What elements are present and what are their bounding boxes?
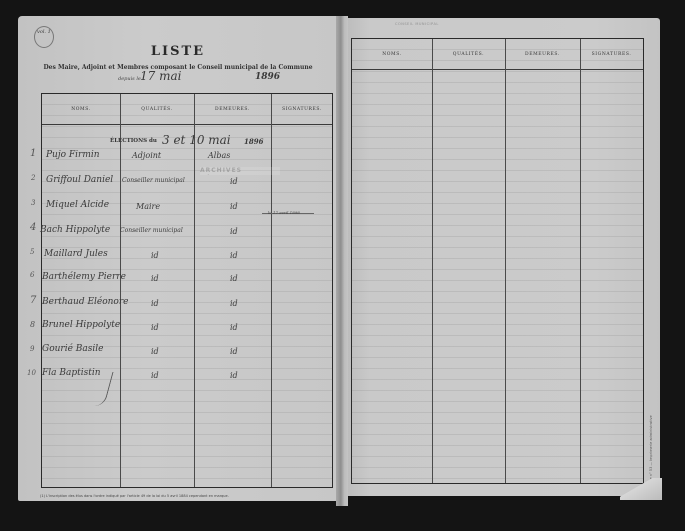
header-divider [42, 124, 332, 125]
footnote: (1) L'inscription des élus dans l'ordre … [40, 494, 229, 498]
member-name: Gourié Basile [42, 344, 103, 354]
member-qualite: id [151, 251, 159, 260]
faded-stamp: ARCHIVES DÉPARTEMENTALES [200, 167, 280, 175]
column-divider [194, 94, 195, 487]
column-header-signatures: SIGNATURES. [580, 52, 643, 57]
column-header-noms: NOMS. [352, 52, 432, 57]
member-qualite: id [151, 347, 159, 356]
member-demeure: id [230, 371, 238, 380]
member-demeure: Albas [208, 151, 230, 160]
elections-year: 1896 [244, 137, 263, 146]
member-qualite: id [151, 371, 159, 380]
book-gutter [336, 16, 348, 506]
column-header-signatures: SIGNATURES. [271, 107, 333, 112]
row-number: 4 [30, 222, 36, 233]
year-handwritten: 1896 [255, 72, 280, 82]
column-divider [120, 94, 121, 487]
member-demeure: id [230, 177, 238, 186]
page-corner-fold [620, 478, 662, 500]
member-qualite: id [151, 274, 159, 283]
column-header-demeures: DEMEURES. [194, 107, 271, 112]
date-prefix: depuis le [118, 76, 141, 82]
member-demeure: id [230, 202, 238, 211]
member-demeure: id [230, 323, 238, 332]
faded-header-text: CONSEIL MUNICIPAL [395, 22, 595, 26]
page-title: LISTE [18, 44, 338, 59]
member-name: Miquel Alcide [46, 200, 109, 210]
header-divider [352, 69, 643, 70]
member-demeure: id [230, 227, 238, 236]
printer-side-note: Modèle n° 53 — Imprimerie administrative [649, 310, 653, 490]
stamp-note: vol. 1 [37, 29, 51, 35]
row-number: 10 [27, 369, 36, 377]
margin-note: le 17 avril 1898 [268, 210, 300, 215]
row-number: 8 [30, 320, 35, 329]
column-divider [432, 39, 433, 483]
member-name: Pujo Firmin [46, 150, 100, 160]
member-name: Berthaud Eléonore [42, 297, 128, 307]
member-name: Barthélemy Pierre [42, 272, 126, 282]
member-name: Bach Hippolyte [40, 225, 110, 235]
member-qualite: Conseiller municipal [120, 227, 183, 234]
elections-date-handwritten: 3 et 10 mai [162, 133, 231, 147]
column-header-demeures: DEMEURES. [505, 52, 580, 57]
member-qualite: id [151, 299, 159, 308]
member-demeure: id [230, 347, 238, 356]
column-header-qualites: QUALITÉS. [432, 52, 505, 57]
member-qualite: Maire [136, 202, 160, 211]
member-demeure: id [230, 299, 238, 308]
date-handwritten: 17 mai [140, 69, 181, 83]
row-number: 3 [31, 199, 35, 207]
row-number: 2 [31, 174, 35, 182]
row-number: 6 [30, 271, 34, 279]
row-number: 9 [30, 345, 34, 353]
column-divider [271, 94, 272, 487]
column-divider [505, 39, 506, 483]
column-divider [580, 39, 581, 483]
member-name: Maillard Jules [44, 249, 108, 259]
column-header-qualites: QUALITÉS. [120, 107, 194, 112]
row-number: 1 [30, 148, 36, 159]
member-demeure: id [230, 251, 238, 260]
member-name: Griffoul Daniel [46, 175, 113, 185]
column-header-noms: NOMS. [42, 107, 120, 112]
member-demeure: id [230, 274, 238, 283]
member-name: Brunel Hippolyte [42, 320, 120, 330]
row-number: 7 [30, 295, 36, 306]
elections-label: ÉLECTIONS du [110, 138, 157, 144]
member-qualite: Conseiller municipal [122, 177, 185, 184]
member-qualite: Adjoint [132, 151, 161, 160]
continuation-table: NOMS. QUALITÉS. DEMEURES. SIGNATURES. [351, 38, 644, 484]
member-qualite: id [151, 323, 159, 332]
row-number: 5 [30, 248, 34, 256]
member-name: Fla Baptistin [42, 368, 101, 378]
